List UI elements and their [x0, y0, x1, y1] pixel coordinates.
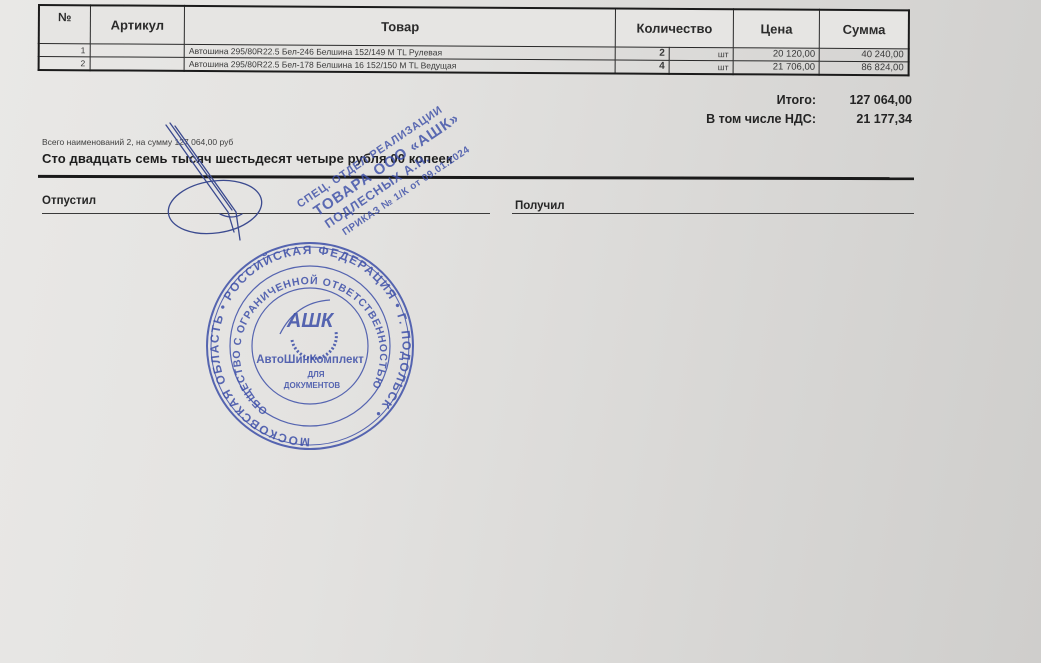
header-num: №: [39, 5, 90, 44]
vat-row: В том числе НДС: 21 177,34: [650, 109, 912, 128]
released-label: Отпустил: [42, 195, 96, 207]
row-num: 1: [39, 44, 90, 57]
received-signature-line: [512, 213, 914, 214]
svg-text:АШК: АШК: [286, 310, 335, 332]
total-row: Итого: 127 064,00: [650, 90, 912, 109]
row-price: 21 706,00: [733, 61, 820, 75]
table-header-row: № Артикул Товар Количество Цена Сумма: [39, 5, 909, 49]
row-article: [90, 44, 185, 58]
row-price: 20 120,00: [733, 48, 820, 62]
row-unit: шт: [669, 60, 733, 74]
svg-text:ДОКУМЕНТОВ: ДОКУМЕНТОВ: [284, 381, 341, 390]
items-table: № Артикул Товар Количество Цена Сумма 1 …: [38, 4, 910, 76]
received-label: Получил: [515, 200, 565, 212]
header-sum: Сумма: [820, 10, 909, 49]
row-unit: шт: [669, 47, 733, 60]
vat-value: 21 177,34: [832, 112, 912, 126]
header-product: Товар: [184, 6, 615, 47]
row-article: [90, 57, 185, 71]
amount-in-words: Сто двадцать семь тысяч шестьдесят четыр…: [42, 151, 452, 166]
svg-text:МОСКОВСКАЯ ОБЛАСТЬ • РОССИЙСКА: МОСКОВСКАЯ ОБЛАСТЬ • РОССИЙСКАЯ ФЕДЕРАЦИ…: [207, 243, 413, 449]
total-label: Итого:: [777, 93, 816, 107]
row-sum: 40 240,00: [820, 48, 909, 62]
invoice-page: № Артикул Товар Количество Цена Сумма 1 …: [0, 0, 1041, 663]
svg-text:ОБЩЕСТВО С ОГРАНИЧЕННОЙ ОТВЕТС: ОБЩЕСТВО С ОГРАНИЧЕННОЙ ОТВЕТСТВЕННОСТЬЮ: [231, 274, 389, 417]
row-quantity: 4: [615, 60, 669, 74]
row-quantity: 2: [615, 47, 669, 60]
header-article: Артикул: [90, 5, 185, 44]
total-value: 127 064,00: [832, 93, 912, 107]
row-product: Автошина 295/80R22.5 Бел-178 Белшина 16 …: [184, 57, 615, 73]
svg-text:ДЛЯ: ДЛЯ: [307, 370, 324, 379]
items-count-line: Всего наименований 2, на сумму 127 064,0…: [42, 137, 233, 147]
totals-block: Итого: 127 064,00 В том числе НДС: 21 17…: [650, 90, 912, 128]
vat-label: В том числе НДС:: [706, 112, 816, 126]
header-quantity: Количество: [616, 9, 734, 48]
header-price: Цена: [733, 9, 820, 48]
row-num: 2: [39, 57, 90, 71]
row-sum: 86 824,00: [820, 61, 909, 75]
released-signature-line: [42, 213, 490, 214]
svg-text:АвтоШинКомплект: АвтоШинКомплект: [256, 354, 364, 366]
divider: [38, 175, 914, 180]
